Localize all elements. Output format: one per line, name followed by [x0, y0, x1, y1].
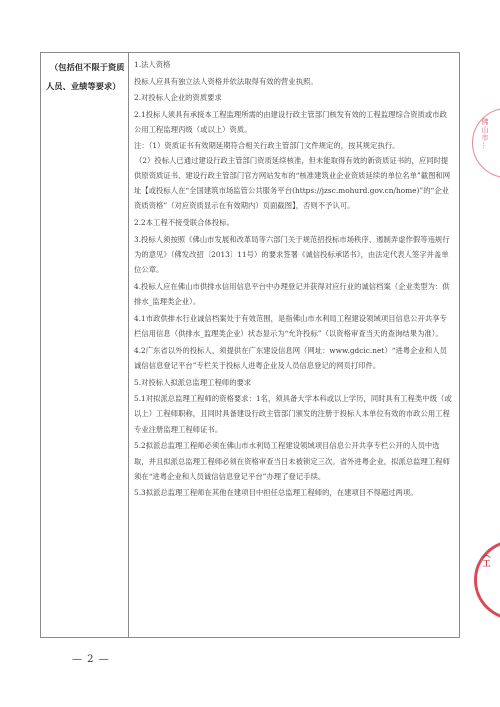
- label-line-2: 人员、业绩等要求）: [46, 77, 126, 96]
- paragraph-chief-engineer-heading: 5.对投标人拟派总监理工程师的要求: [134, 375, 454, 390]
- page-number: — 2 —: [72, 654, 110, 665]
- paragraph-chief-engineer-5-1: 5.1对拟派总监理工程师的资格要求：1名，须具备大学本科或以上学历，同时具有工程…: [134, 391, 454, 437]
- paragraph-credit-4-1: 4.1市政供排水行业诚信档案处于有效范围，是指佛山市水利局工程建设领域项目信息公…: [134, 311, 454, 341]
- requirements-content-cell: 1.法人资格 投标人应具有独立法人资格并依法取得有效的营业执照。 2.对投标人企…: [129, 53, 459, 637]
- seal-bottom-text: （工: [481, 550, 492, 568]
- paragraph-legal-entity-body: 投标人应具有独立法人资格并依法取得有效的营业执照。: [134, 74, 454, 89]
- paragraph-qualification-heading: 2.对投标人企业的资质要求: [134, 90, 454, 105]
- document-page: （包括但不限于资质 人员、业绩等要求） 1.法人资格 投标人应具有独立法人资格并…: [0, 0, 500, 707]
- requirements-table: （包括但不限于资质 人员、业绩等要求） 1.法人资格 投标人应具有独立法人资格并…: [40, 52, 460, 638]
- paragraph-credit-platform: 4.投标人应在佛山市供排水信用信息平台中办理登记并获得对应行业的诚信档案（企业类…: [134, 279, 454, 309]
- paragraph-qualification-2-1: 2.1投标人须具有承接本工程监理所需的由建设行政主管部门核发有效的工程监理综合资…: [134, 107, 454, 137]
- paragraph-chief-engineer-5-2: 5.2拟派总监理工程师必须在佛山市水利局工程建设领域项目信息公开共享专栏公开的人…: [134, 438, 454, 484]
- paragraph-qualification-2-2: 2.2本工程不接受联合体投标。: [134, 215, 454, 230]
- paragraph-legal-entity-heading: 1.法人资格: [134, 57, 454, 72]
- seal-top-text: 佛山市…: [480, 118, 490, 150]
- paragraph-credit-4-2: 4.2广东省以外的投标人，须提供在广东建设信息网（网址：www.gdcic.ne…: [134, 343, 454, 373]
- label-line-1: （包括但不限于资质: [46, 58, 126, 77]
- paragraph-note-1: 注：（1）资质证书有效期延期符合相关行政主管部门文件规定的，按其规定执行。: [134, 138, 454, 153]
- requirements-label-cell: （包括但不限于资质 人员、业绩等要求）: [41, 53, 129, 637]
- paragraph-note-2: （2）投标人已通过建设行政主管部门资质延续核准，但未能取得有效的新资质证书的，应…: [134, 153, 454, 214]
- paragraph-chief-engineer-5-3: 5.3拟派总监理工程师在其他在建项目中担任总监理工程师的，在建项目不得超过两项。: [134, 485, 454, 500]
- paragraph-integrity-pledge: 3.投标人须按照《佛山市发展和改革局等六部门关于规范招投标市场秩序、遏制弄虚作假…: [134, 232, 454, 278]
